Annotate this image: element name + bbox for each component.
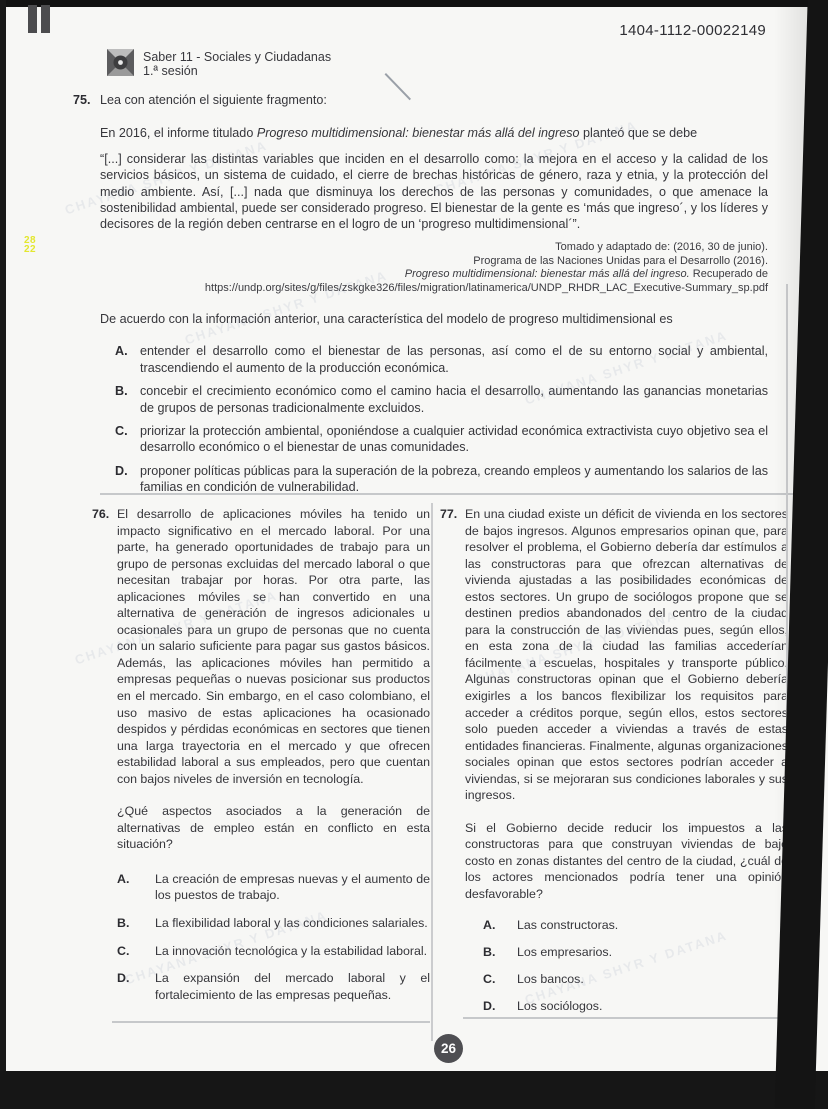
citation-line: Progreso multidimensional: bienestar más… [100,268,768,282]
column-divider [431,503,433,1041]
option-letter: B. [115,383,140,416]
answer-option-c: C. priorizar la protección ambiental, op… [115,423,768,456]
question-stem: ¿Qué aspectos asociados a la generación … [117,803,430,853]
option-text: La creación de empresas nuevas y el aume… [155,871,430,904]
exam-session: 1.ª sesión [143,64,331,78]
question-number: 77. [440,506,465,804]
scan-edge-top [0,0,828,7]
question-body: En una ciudad existe un déficit de vivie… [465,506,788,804]
citation-line: Tomado y adaptado de: (2016, 30 de junio… [100,241,768,255]
answer-option-c: C. Los bancos. [483,971,788,988]
column-end-rule [112,1021,430,1023]
margin-mark-line: 22 [24,246,36,255]
answer-option-a: A. La creación de empresas nuevas y el a… [117,871,430,904]
option-text: Las constructoras. [517,917,788,934]
option-letter: C. [483,971,517,988]
option-text: La expansión del mercado laboral y el fo… [155,970,430,1003]
citation-title: Progreso multidimensional: bienestar más… [405,268,690,280]
option-letter: D. [483,998,517,1015]
answer-option-c: C. La innovación tecnológica y la estabi… [117,943,430,960]
icfes-logo-icon [107,49,134,76]
page-number-badge: 26 [434,1034,463,1063]
option-letter: A. [117,871,155,904]
column-end-rule [463,1017,787,1019]
option-letter: A. [483,917,517,934]
scan-edge-left [0,0,6,1071]
option-letter: B. [117,915,155,932]
fragment-intro: En 2016, el informe titulado Progreso mu… [100,125,768,141]
question-body: El desarrollo de aplicaciones móviles ha… [117,506,430,787]
option-letter: B. [483,944,517,961]
question-lead: Lea con atención el siguiente fragmento: [100,92,327,108]
report-title: Progreso multidimensional: bienestar más… [257,126,580,140]
option-letter: C. [117,943,155,960]
question-stem: Si el Gobierno decide reducir los impues… [465,820,788,903]
option-text: proponer políticas públicas para la supe… [140,463,768,496]
booklet-code: 1404-1112-00022149 [500,22,766,39]
section-divider [100,493,795,495]
exam-page: CHAYANA SHYR Y DATANA CHAYANA SHYR Y DAT… [0,0,828,1071]
question-number: 75. [73,92,100,108]
exam-brand: Saber 11 - Sociales y Ciudadanas 1.ª ses… [107,49,331,78]
answer-option-a: A. Las constructoras. [483,917,788,934]
option-text: priorizar la protección ambiental, oponi… [140,423,768,456]
question-77: 77. En una ciudad existe un déficit de v… [440,506,788,1025]
citation-line: Programa de las Naciones Unidas para el … [100,255,768,269]
intro-pre: En 2016, el informe titulado [100,126,257,140]
option-letter: A. [115,343,140,376]
citation-rest: Recuperado de [690,268,768,280]
exam-title: Saber 11 - Sociales y Ciudadanas [143,50,331,64]
exam-title-block: Saber 11 - Sociales y Ciudadanas 1.ª ses… [143,49,331,78]
margin-highlight-mark: 28 22 [24,237,36,254]
option-text: Los sociólogos. [517,998,788,1015]
answer-option-d: D. proponer políticas públicas para la s… [115,463,768,496]
option-letter: D. [115,463,140,496]
answer-option-b: B. concebir el crecimiento económico com… [115,383,768,416]
question-75: 75. Lea con atención el siguiente fragme… [73,92,768,503]
question-stem: De acuerdo con la información anterior, … [100,311,768,327]
option-letter: C. [115,423,140,456]
registration-mark [28,5,37,33]
registration-mark [41,5,50,33]
option-text: concebir el crecimiento económico como e… [140,383,768,416]
citation-url: https://undp.org/sites/g/files/zskgke326… [100,282,768,296]
source-citation: Tomado y adaptado de: (2016, 30 de junio… [100,241,768,296]
